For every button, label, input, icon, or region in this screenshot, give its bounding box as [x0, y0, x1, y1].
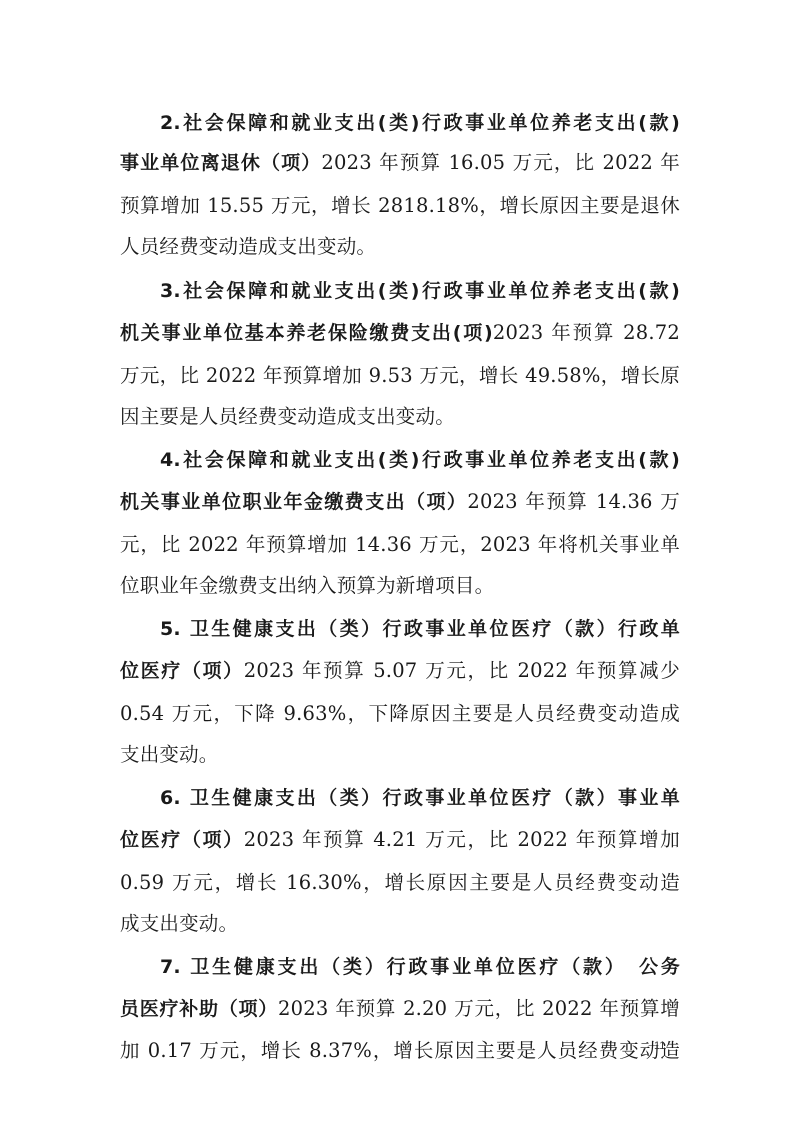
document-page: 2.社会保障和就业支出(类)行政事业单位养老支出(款) 事业单位离退休（项）20… [0, 0, 793, 1122]
body-text: 2023 年预算 14.36 万 [467, 490, 680, 513]
body-text: 加 0.17 万元，增长 8.37%，增长原因主要是人员经费变动造 [120, 1039, 680, 1062]
body-text: 2023 年预算 28.72 [493, 321, 680, 344]
paragraph-line: 机关事业单位基本养老保险缴费支出(项)2023 年预算 28.72 [120, 318, 680, 348]
body-text: 预算增加 15.55 万元，增长 2818.18%，增长原因主要是退休 [120, 194, 680, 217]
bold-heading-text: 员医疗补助（项） [120, 998, 278, 1020]
body-text: 万元，比 2022 年预算增加 9.53 万元，增长 49.58%，增长原 [120, 364, 680, 387]
body-text: 人员经费变动造成支出变动。 [120, 235, 376, 258]
body-text: 2023 年预算 16.05 万元，比 2022 年 [321, 151, 680, 174]
paragraph-line: 5. 卫生健康支出（类）行政事业单位医疗（款）行政单 [160, 614, 680, 644]
bold-heading-text: 事业单位离退休（项） [120, 152, 321, 174]
paragraph-line: 万元，比 2022 年预算增加 9.53 万元，增长 49.58%，增长原 [120, 361, 680, 391]
paragraph-line: 位医疗（项）2023 年预算 4.21 万元，比 2022 年预算增加 [120, 825, 680, 855]
bold-heading-text: 机关事业单位基本养老保险缴费支出(项) [120, 322, 493, 344]
bold-heading-text: 4.社会保障和就业支出(类)行政事业单位养老支出(款) [160, 449, 680, 471]
body-text: 2023 年预算 5.07 万元，比 2022 年预算减少 [244, 659, 680, 682]
body-text: 成支出变动。 [120, 912, 238, 935]
body-text: 2023 年预算 2.20 万元，比 2022 年预算增 [278, 997, 680, 1020]
bold-heading-text: 位医疗（项） [120, 660, 244, 682]
paragraph-line: 加 0.17 万元，增长 8.37%，增长原因主要是人员经费变动造 [120, 1036, 680, 1066]
paragraph-line: 6. 卫生健康支出（类）行政事业单位医疗（款）事业单 [160, 783, 680, 813]
paragraph-line: 7. 卫生健康支出（类）行政事业单位医疗（款） 公务 [160, 952, 680, 982]
bold-heading-text: 3.社会保障和就业支出(类)行政事业单位养老支出(款) [160, 280, 680, 302]
paragraph-line: 0.54 万元，下降 9.63%，下降原因主要是人员经费变动造成 [120, 699, 680, 729]
bold-heading-text: 5. 卫生健康支出（类）行政事业单位医疗（款）行政单 [160, 618, 680, 640]
body-text: 元，比 2022 年预算增加 14.36 万元，2023 年将机关事业单 [120, 533, 680, 556]
paragraph-line: 位职业年金缴费支出纳入预算为新增项目。 [120, 571, 680, 601]
paragraph-line: 人员经费变动造成支出变动。 [120, 232, 680, 262]
paragraph-line: 位医疗（项）2023 年预算 5.07 万元，比 2022 年预算减少 [120, 656, 680, 686]
paragraph-line: 事业单位离退休（项）2023 年预算 16.05 万元，比 2022 年 [120, 148, 680, 178]
paragraph-line: 3.社会保障和就业支出(类)行政事业单位养老支出(款) [160, 276, 680, 306]
page-number: 11 [654, 1040, 665, 1052]
paragraph-line: 0.59 万元，增长 16.30%，增长原因主要是人员经费变动造 [120, 868, 680, 898]
paragraph-line: 机关事业单位职业年金缴费支出（项）2023 年预算 14.36 万 [120, 487, 680, 517]
bold-heading-text: 6. 卫生健康支出（类）行政事业单位医疗（款）事业单 [160, 787, 680, 809]
paragraph-line: 成支出变动。 [120, 909, 680, 939]
body-text: 因主要是人员经费变动造成支出变动。 [120, 405, 455, 428]
body-text: 支出变动。 [120, 743, 219, 766]
paragraph-line: 元，比 2022 年预算增加 14.36 万元，2023 年将机关事业单 [120, 530, 680, 560]
paragraph-line: 因主要是人员经费变动造成支出变动。 [120, 402, 680, 432]
bold-heading-text: 7. 卫生健康支出（类）行政事业单位医疗（款） 公务 [160, 956, 680, 978]
paragraph-line: 4.社会保障和就业支出(类)行政事业单位养老支出(款) [160, 445, 680, 475]
paragraph-line: 员医疗补助（项）2023 年预算 2.20 万元，比 2022 年预算增 [120, 994, 680, 1024]
body-text: 2023 年预算 4.21 万元，比 2022 年预算增加 [244, 828, 680, 851]
paragraph-line: 预算增加 15.55 万元，增长 2818.18%，增长原因主要是退休 [120, 191, 680, 221]
body-text: 0.54 万元，下降 9.63%，下降原因主要是人员经费变动造成 [120, 702, 680, 725]
body-text: 位职业年金缴费支出纳入预算为新增项目。 [120, 574, 494, 597]
bold-heading-text: 位医疗（项） [120, 829, 244, 851]
paragraph-line: 支出变动。 [120, 740, 680, 770]
body-text: 0.59 万元，增长 16.30%，增长原因主要是人员经费变动造 [120, 871, 680, 894]
bold-heading-text: 机关事业单位职业年金缴费支出（项） [120, 491, 467, 513]
bold-heading-text: 2.社会保障和就业支出(类)行政事业单位养老支出(款) [160, 112, 680, 134]
paragraph-line: 2.社会保障和就业支出(类)行政事业单位养老支出(款) [160, 108, 680, 138]
